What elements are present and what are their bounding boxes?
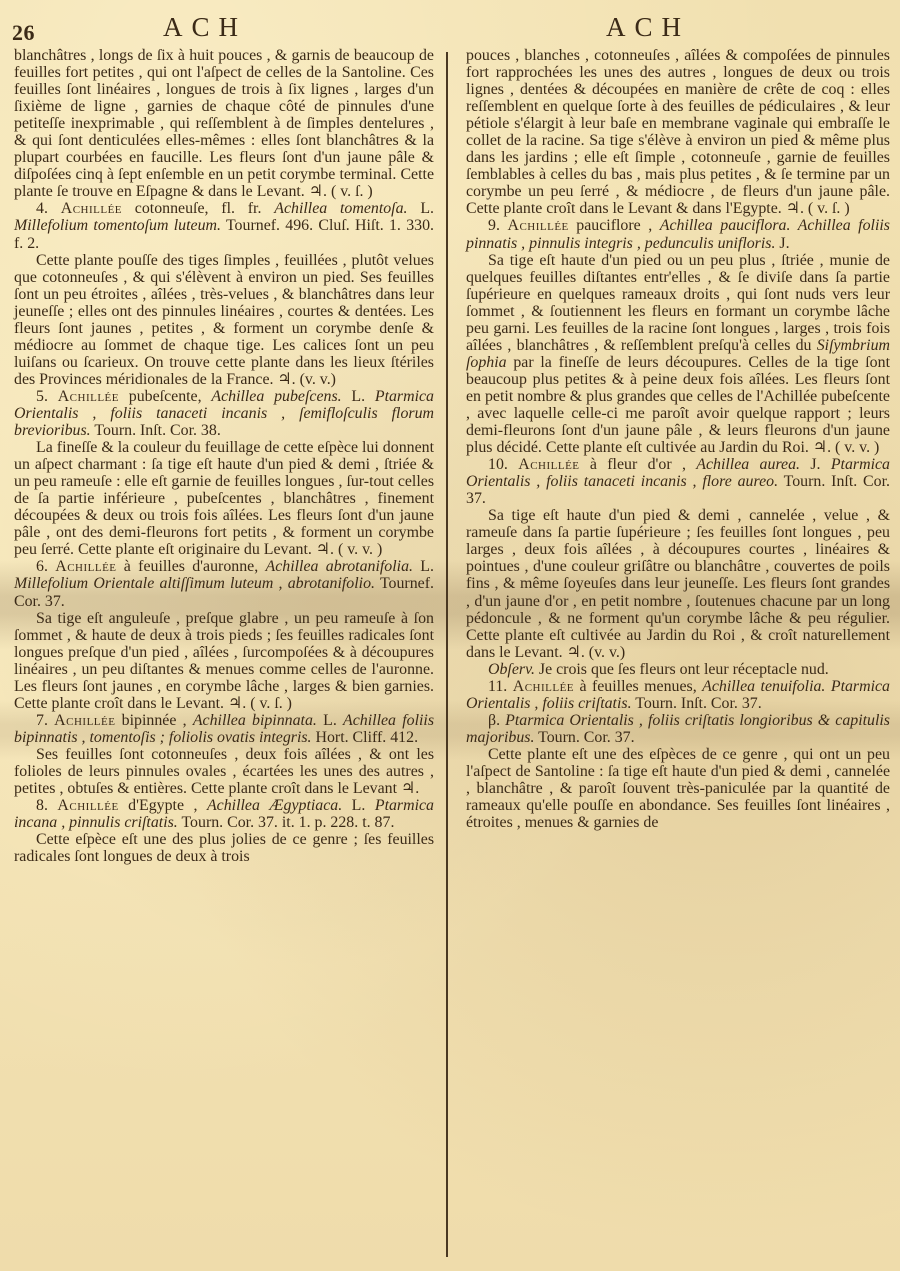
common-name: pauciflore ,	[569, 217, 660, 234]
species-entry-11: 11. Achillée à feuilles menues, Achillea…	[466, 678, 890, 712]
species-description-11: Cette plante eſt une des eſpèces de ce g…	[466, 746, 890, 831]
species-entry-8: 8. Achillée d'Egypte , Achillea Ægyptiac…	[14, 797, 434, 831]
observation-label: Obſerv.	[488, 661, 535, 678]
entry-number: 5.	[36, 388, 48, 405]
genus-name: Achillée	[507, 217, 568, 234]
reference: Tourn. Cor. 37.	[534, 729, 634, 746]
left-column: blanchâtres , longs de ſix à huit pouces…	[14, 47, 434, 1271]
authority: L.	[408, 200, 434, 217]
latin-name: Achillea pauciflora.	[660, 217, 791, 234]
book-page: 26 ACH ACH blanchâtres , longs de ſix à …	[0, 0, 900, 1271]
variety-marker: β.	[488, 712, 505, 729]
genus-name: Achillée	[54, 712, 115, 729]
right-column: pouces , blanches , cotonneuſes , aîlées…	[466, 47, 890, 1271]
species-entry-10: 10. Achillée à fleur d'or , Achillea aur…	[466, 456, 890, 507]
continued-paragraph: blanchâtres , longs de ſix à huit pouces…	[14, 47, 434, 200]
species-entry-5: 5. Achillée pubeſcente, Achillea pubeſce…	[14, 388, 434, 439]
genus-name: Achillée	[518, 456, 579, 473]
common-name: à feuilles d'auronne,	[117, 558, 266, 575]
entry-number: 7.	[36, 712, 48, 729]
authority: L.	[317, 712, 343, 729]
reference: Tourn. Inſt. Cor. 37.	[632, 695, 762, 712]
observation-note: Obſerv. Je crois que ſes fleurs ont leur…	[466, 661, 890, 678]
genus-name: Achillée	[61, 200, 122, 217]
species-description-4: Cette plante pouſſe des tiges ſimples , …	[14, 252, 434, 388]
running-head: 26 ACH ACH	[0, 6, 900, 46]
common-name: pubeſcente,	[119, 388, 211, 405]
synonym: Millefolium tomentoſum luteum.	[14, 217, 221, 234]
species-description-7: Ses feuilles ſont cotonneuſes , deux foi…	[14, 746, 434, 797]
entry-number: 11.	[488, 678, 507, 695]
running-head-right: ACH	[606, 12, 690, 43]
synonym: Millefolium Orientale altiſſimum luteum …	[14, 575, 375, 592]
authority: L.	[413, 558, 434, 575]
species-entry-7: 7. Achillée bipinnée , Achillea bipinnat…	[14, 712, 434, 746]
latin-name: Achillea tomentoſa.	[274, 200, 407, 217]
latin-name: Achillea bipinnata.	[193, 712, 317, 729]
entry-number: 6.	[36, 558, 48, 575]
entry-number: 9.	[488, 217, 500, 234]
common-name: d'Egypte ,	[119, 797, 207, 814]
authority: L.	[342, 388, 375, 405]
species-description-5: La fineſſe & la couleur du feuillage de …	[14, 439, 434, 558]
entry-number: 4.	[36, 200, 48, 217]
reference: Tourn. Inſt. Cor. 38.	[91, 422, 221, 439]
genus-name: Achillée	[58, 388, 119, 405]
common-name: cotonneuſe, fl. fr.	[122, 200, 274, 217]
species-entry-9: 9. Achillée pauciflore , Achillea paucif…	[466, 217, 890, 251]
latin-name: Achillea abrotanifolia.	[266, 558, 414, 575]
species-description-10: Sa tige eſt haute d'un pied & demi , can…	[466, 507, 890, 660]
entry-number: 10.	[488, 456, 508, 473]
common-name: à fleur d'or ,	[580, 456, 697, 473]
genus-name: Achillée	[57, 797, 118, 814]
description-text: par la fineſſe de leurs découpures. Cell…	[466, 354, 890, 456]
variety-beta: β. Ptarmica Orientalis , foliis criſtati…	[466, 712, 890, 746]
latin-name: Achillea Ægyptiaca.	[207, 797, 342, 814]
latin-name: Achillea pubeſcens.	[211, 388, 341, 405]
continued-paragraph: pouces , blanches , cotonneuſes , aîlées…	[466, 47, 890, 217]
species-description-6: Sa tige eſt anguleuſe , preſque glabre ,…	[14, 610, 434, 712]
common-name: bipinnée ,	[115, 712, 192, 729]
synonym: Ptarmica Orientalis , foliis criſtatis l…	[466, 712, 890, 746]
species-entry-6: 6. Achillée à feuilles d'auronne, Achill…	[14, 558, 434, 609]
authority: J.	[775, 235, 789, 252]
authority: J.	[800, 456, 831, 473]
authority: L.	[342, 797, 375, 814]
species-description-8: Cette eſpèce eſt une des plus jolies de …	[14, 831, 434, 865]
observation-text: Je crois que ſes fleurs ont leur récepta…	[535, 661, 829, 678]
reference: Tourn. Cor. 37. it. 1. p. 228. t. 87.	[178, 814, 395, 831]
genus-name: Achillée	[55, 558, 116, 575]
entry-number: 8.	[36, 797, 48, 814]
species-entry-4: 4. Achillée cotonneuſe, fl. fr. Achillea…	[14, 200, 434, 251]
species-description-9: Sa tige eſt haute d'un pied ou un peu pl…	[466, 252, 890, 457]
page-number: 26	[12, 20, 35, 46]
common-name: à feuilles menues,	[574, 678, 702, 695]
latin-name: Achillea tenuifolia.	[702, 678, 825, 695]
latin-name: Achillea aurea.	[696, 456, 800, 473]
reference: Hort. Cliff. 412.	[312, 729, 419, 746]
column-divider	[446, 52, 448, 1257]
genus-name: Achillée	[513, 678, 574, 695]
running-head-left: ACH	[163, 12, 247, 43]
